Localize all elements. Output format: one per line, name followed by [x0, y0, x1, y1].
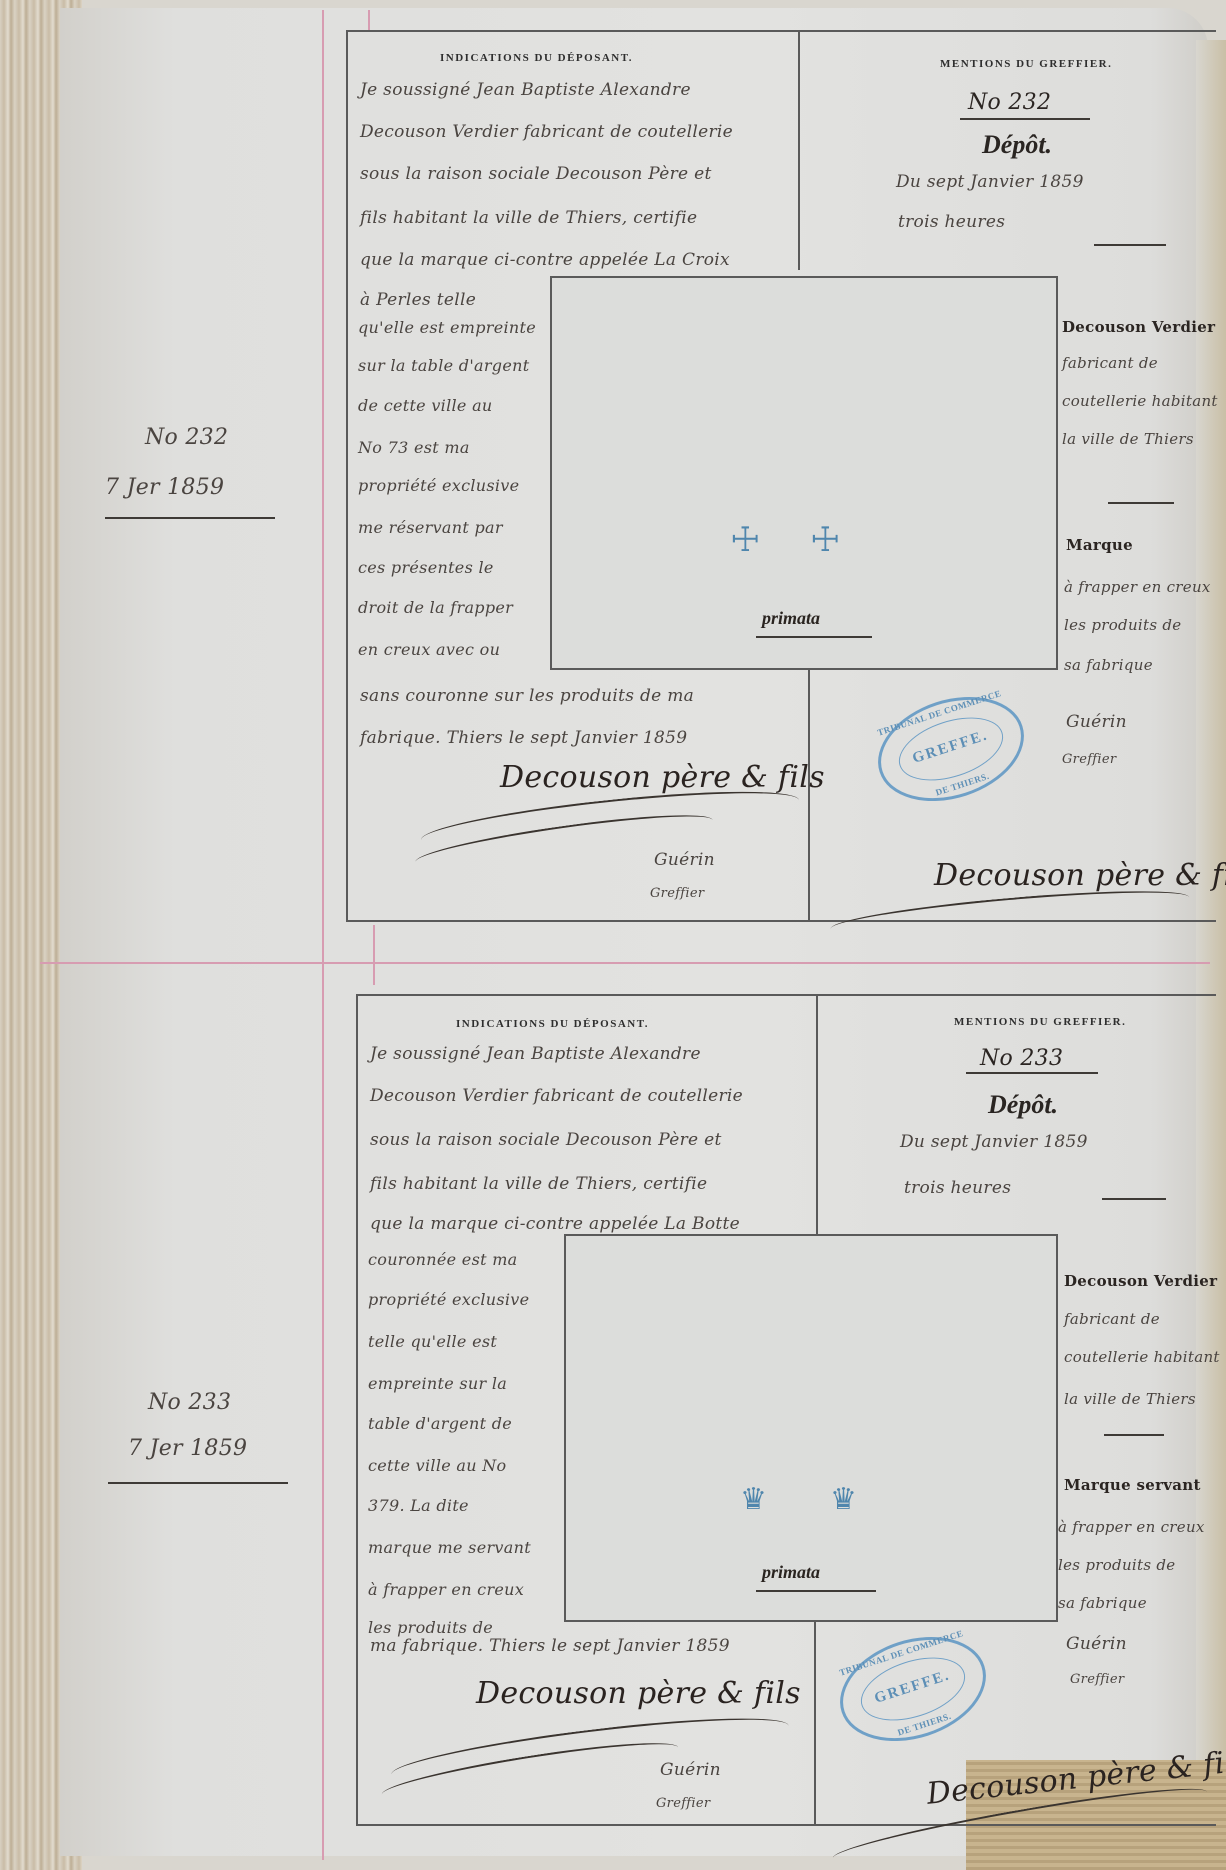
- column-divider: [816, 994, 818, 1236]
- margin-number: No 233: [148, 1390, 231, 1415]
- deposant-side-line: ces présentes le: [358, 558, 494, 577]
- mark-heading: Marque: [1066, 536, 1133, 554]
- clerk-title: Greffier: [650, 886, 704, 901]
- margin-date: 7 Jer 1859: [128, 1436, 247, 1461]
- mark-label: primata: [762, 608, 820, 629]
- mark-line: sa fabrique: [1058, 1594, 1147, 1612]
- deposant-header: INDICATIONS DU DÉPOSANT.: [456, 1018, 649, 1030]
- owner-line: la ville de Thiers: [1062, 430, 1194, 448]
- deposant-line: ma fabrique. Thiers le sept Janvier 1859: [370, 1636, 730, 1656]
- deposant-side-line: 379. La dite: [368, 1496, 469, 1515]
- deposant-signature: Decouson père & fils: [500, 760, 825, 795]
- deposant-side-line: me réservant par: [358, 518, 503, 537]
- deposant-line: que la marque ci-contre appelée La Croix: [360, 250, 730, 270]
- greffier-number: No 233: [980, 1046, 1063, 1071]
- deposant-side-line: propriété exclusive: [358, 476, 519, 495]
- margin-ruling-left: [322, 10, 324, 1860]
- owner-heading: Decouson Verdier: [1064, 1272, 1217, 1290]
- deposant-line: fils habitant la ville de Thiers, certif…: [370, 1174, 707, 1194]
- deposant-side-line: propriété exclusive: [368, 1290, 529, 1309]
- depot-title: Dépôt.: [982, 130, 1052, 160]
- greffier-number-underline: [960, 118, 1090, 120]
- deposant-side-line: marque me servant: [368, 1538, 531, 1557]
- mark-line: sa fabrique: [1064, 656, 1153, 674]
- greffier-clerk-title: Greffier: [1062, 752, 1116, 767]
- column-divider: [798, 30, 800, 270]
- deposant-side-line: de cette ville au: [358, 396, 493, 415]
- deposant-side-line: sur la table d'argent: [358, 356, 529, 375]
- depot-title: Dépôt.: [988, 1090, 1058, 1120]
- mark-line: à frapper en creux: [1058, 1518, 1205, 1536]
- clerk-signature: Guérin: [654, 850, 715, 870]
- cross-with-pearls-icon: ☩: [810, 520, 840, 560]
- deposant-line: sous la raison sociale Decouson Père et: [370, 1130, 722, 1150]
- deposant-side-line: cette ville au No: [368, 1456, 506, 1475]
- deposant-line: sous la raison sociale Decouson Père et: [360, 164, 712, 184]
- record-separator-ruling: [40, 962, 1210, 964]
- mark-label: primata: [762, 1562, 820, 1583]
- deposant-line: fabrique. Thiers le sept Janvier 1859: [360, 728, 687, 748]
- deposant-line: sans couronne sur les produits de ma: [360, 686, 694, 706]
- mark-line: les produits de: [1058, 1556, 1175, 1574]
- deposant-signature: Decouson père & fils: [476, 1676, 801, 1711]
- deposant-side-line: telle qu'elle est: [368, 1332, 497, 1351]
- greffier-header: MENTIONS DU GREFFIER.: [940, 58, 1112, 70]
- greffier-signature: Decouson père & fils: [934, 858, 1226, 893]
- mark-line: à frapper en creux: [1064, 578, 1211, 596]
- owner-line: fabricant de: [1062, 354, 1158, 372]
- deposant-side-line: qu'elle est empreinte: [358, 318, 536, 337]
- mark-label-underline: [756, 1590, 876, 1592]
- depot-date: Du sept Janvier 1859: [900, 1132, 1088, 1152]
- margin-ruling-inner: [373, 925, 375, 985]
- deposant-line: Decouson Verdier fabricant de coutelleri…: [370, 1086, 743, 1106]
- deposant-side-line: à frapper en creux: [368, 1580, 524, 1599]
- deposant-side-line: table d'argent de: [368, 1414, 512, 1433]
- deposant-side-line: No 73 est ma: [358, 438, 470, 457]
- mark-line: les produits de: [1064, 616, 1181, 634]
- deposant-header: INDICATIONS DU DÉPOSANT.: [440, 52, 633, 64]
- depot-time-dash: [1102, 1198, 1166, 1200]
- owner-separator: [1104, 1434, 1164, 1436]
- margin-number: No 232: [145, 425, 228, 450]
- greffier-clerk-signature: Guérin: [1066, 1634, 1127, 1654]
- deposant-line: Decouson Verdier fabricant de coutelleri…: [360, 122, 733, 142]
- greffier-clerk-signature: Guérin: [1066, 712, 1127, 732]
- owner-line: coutellerie habitant: [1064, 1348, 1220, 1366]
- deposant-side-line: empreinte sur la: [368, 1374, 507, 1393]
- clerk-signature: Guérin: [660, 1760, 721, 1780]
- deposant-line: Je soussigné Jean Baptiste Alexandre: [370, 1044, 701, 1064]
- owner-line: la ville de Thiers: [1064, 1390, 1196, 1408]
- depot-time-dash: [1094, 244, 1166, 246]
- crowned-boot-icon: ♛: [740, 1482, 767, 1517]
- greffier-number: No 232: [968, 90, 1051, 115]
- mark-impression-box: ☩ ☩ primata: [550, 276, 1058, 670]
- mark-label-underline: [756, 636, 872, 638]
- clerk-title: Greffier: [656, 1796, 710, 1811]
- owner-heading: Decouson Verdier: [1062, 318, 1215, 336]
- margin-underline: [108, 1482, 288, 1484]
- cross-with-pearls-icon: ☩: [730, 520, 760, 560]
- greffier-number-underline: [966, 1072, 1098, 1074]
- owner-line: coutellerie habitant: [1062, 392, 1218, 410]
- margin-date: 7 Jer 1859: [105, 475, 224, 500]
- column-divider-lower: [814, 1620, 816, 1826]
- depot-date: Du sept Janvier 1859: [896, 172, 1084, 192]
- greffier-header: MENTIONS DU GREFFIER.: [954, 1016, 1126, 1028]
- margin-ruling-inner: [368, 10, 370, 32]
- deposant-line: que la marque ci-contre appelée La Botte: [370, 1214, 740, 1234]
- deposant-line: à Perles telle: [360, 290, 476, 310]
- owner-line: fabricant de: [1064, 1310, 1160, 1328]
- deposant-side-line: en creux avec ou: [358, 640, 500, 659]
- owner-separator: [1108, 502, 1174, 504]
- deposant-line: Je soussigné Jean Baptiste Alexandre: [360, 80, 691, 100]
- column-divider-lower: [808, 670, 810, 922]
- deposant-side-line: les produits de: [368, 1618, 493, 1637]
- depot-time: trois heures: [898, 212, 1005, 232]
- deposant-side-line: couronnée est ma: [368, 1250, 518, 1269]
- mark-impression-box: ♛ ♛ primata: [564, 1234, 1058, 1622]
- margin-underline: [105, 517, 275, 519]
- mark-heading: Marque servant: [1064, 1476, 1201, 1494]
- deposant-line: fils habitant la ville de Thiers, certif…: [360, 208, 697, 228]
- deposant-side-line: droit de la frapper: [358, 598, 513, 617]
- crowned-boot-icon: ♛: [830, 1482, 857, 1517]
- greffier-clerk-title: Greffier: [1070, 1672, 1124, 1687]
- depot-time: trois heures: [904, 1178, 1011, 1198]
